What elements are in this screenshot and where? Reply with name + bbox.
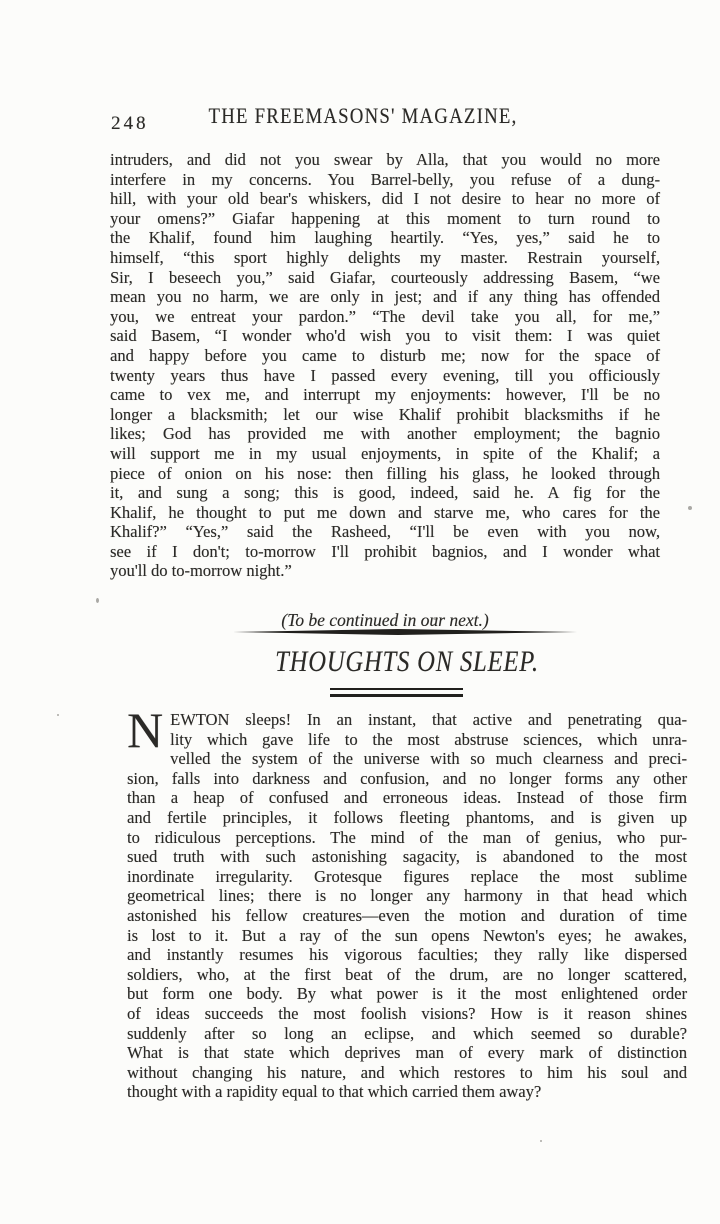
paper-speck [57, 714, 59, 716]
text-line: What is that state which deprives man of… [127, 1043, 687, 1063]
text-line: geometrical lines; there is no longer an… [127, 886, 687, 906]
text-line: and instantly resumes his vigorous facul… [127, 945, 687, 965]
text-line: will support me in my usual enjoyments, … [110, 444, 660, 464]
text-line: Khalif, he thought to put me down and st… [110, 503, 660, 523]
paper-speck [433, 617, 438, 620]
text-line: than a heap of confused and erroneous id… [127, 788, 687, 808]
article-lines: EWTON sleeps! In an instant, that active… [127, 710, 687, 1102]
text-line: mean you no harm, we are only in jest; a… [110, 287, 660, 307]
continuation-note: (To be continued in our next.) [110, 610, 660, 631]
text-line: your omens?” Giafar happening at this mo… [110, 209, 660, 229]
text-line: hill, with your old bear's whiskers, did… [110, 189, 660, 209]
paper-speck [540, 1140, 542, 1142]
text-line: astonished his fellow creatures—even the… [127, 906, 687, 926]
text-line: likes; God has provided me with another … [110, 424, 660, 444]
text-line: piece of onion on his nose: then filling… [110, 464, 660, 484]
article-paragraph: N EWTON sleeps! In an instant, that acti… [127, 710, 687, 1102]
text-line: inordinate irregularity. Grotesque figur… [127, 867, 687, 887]
text-line: sued truth with such astonishing sagacit… [127, 847, 687, 867]
drop-cap: N [127, 710, 170, 750]
text-line: you'll do to-morrow night.” [110, 561, 660, 581]
paper-speck [688, 506, 692, 510]
story-paragraph: intruders, and did not you swear by Alla… [110, 150, 660, 581]
text-line: and fertile principles, it follows fleet… [127, 808, 687, 828]
text-line: but form one body. By what power is it t… [127, 984, 687, 1004]
text-line: twenty years thus have I passed every ev… [110, 366, 660, 386]
text-line: of ideas succeeds the most foolish visio… [127, 1004, 687, 1024]
magazine-page: 248 THE FREEMASONS' MAGAZINE, intruders,… [0, 0, 720, 1224]
text-line: thought with a rapidity equal to that wh… [127, 1082, 687, 1102]
text-line: velled the system of the universe with s… [127, 749, 687, 769]
text-line: to ridiculous perceptions. The mind of t… [127, 828, 687, 848]
text-line: interfere in my concerns. You Barrel-bel… [110, 170, 660, 190]
journal-header: THE FREEMASONS' MAGAZINE, [129, 103, 597, 129]
text-line: intruders, and did not you swear by Alla… [110, 150, 660, 170]
text-line: came to vex me, and interrupt my enjoyme… [110, 385, 660, 405]
text-line: sion, falls into darkness and confusion,… [127, 769, 687, 789]
text-line: suddenly after so long an eclipse, and w… [127, 1024, 687, 1044]
text-line: and happy before you came to disturb me;… [110, 346, 660, 366]
text-line: Sir, I beseech you,” said Giafar, courte… [110, 268, 660, 288]
text-line: see if I don't; to-morrow I'll prohibit … [110, 542, 660, 562]
text-line: it, and sung a song; this is good, indee… [110, 483, 660, 503]
text-line: EWTON sleeps! In an instant, that active… [127, 710, 687, 730]
article-title: THOUGHTS ON SLEEP. [177, 645, 636, 679]
text-line: himself, “this sport highly delights my … [110, 248, 660, 268]
title-underline-rule [330, 688, 463, 697]
text-line: said Basem, “I wonder who'd wish you to … [110, 326, 660, 346]
text-line: longer a blacksmith; let our wise Khalif… [110, 405, 660, 425]
text-line: soldiers, who, at the first beat of the … [127, 965, 687, 985]
text-line: lity which gave life to the most abstrus… [127, 730, 687, 750]
text-line: the Khalif, found him laughing heartily.… [110, 228, 660, 248]
paper-speck [96, 598, 99, 603]
text-line: Khalif?” “Yes,” said the Rasheed, “I'll … [110, 522, 660, 542]
text-line: you, we entreat your pardon.” “The devil… [110, 307, 660, 327]
text-line: is lost to it. But a ray of the sun open… [127, 926, 687, 946]
text-line: without changing his nature, and which r… [127, 1063, 687, 1083]
